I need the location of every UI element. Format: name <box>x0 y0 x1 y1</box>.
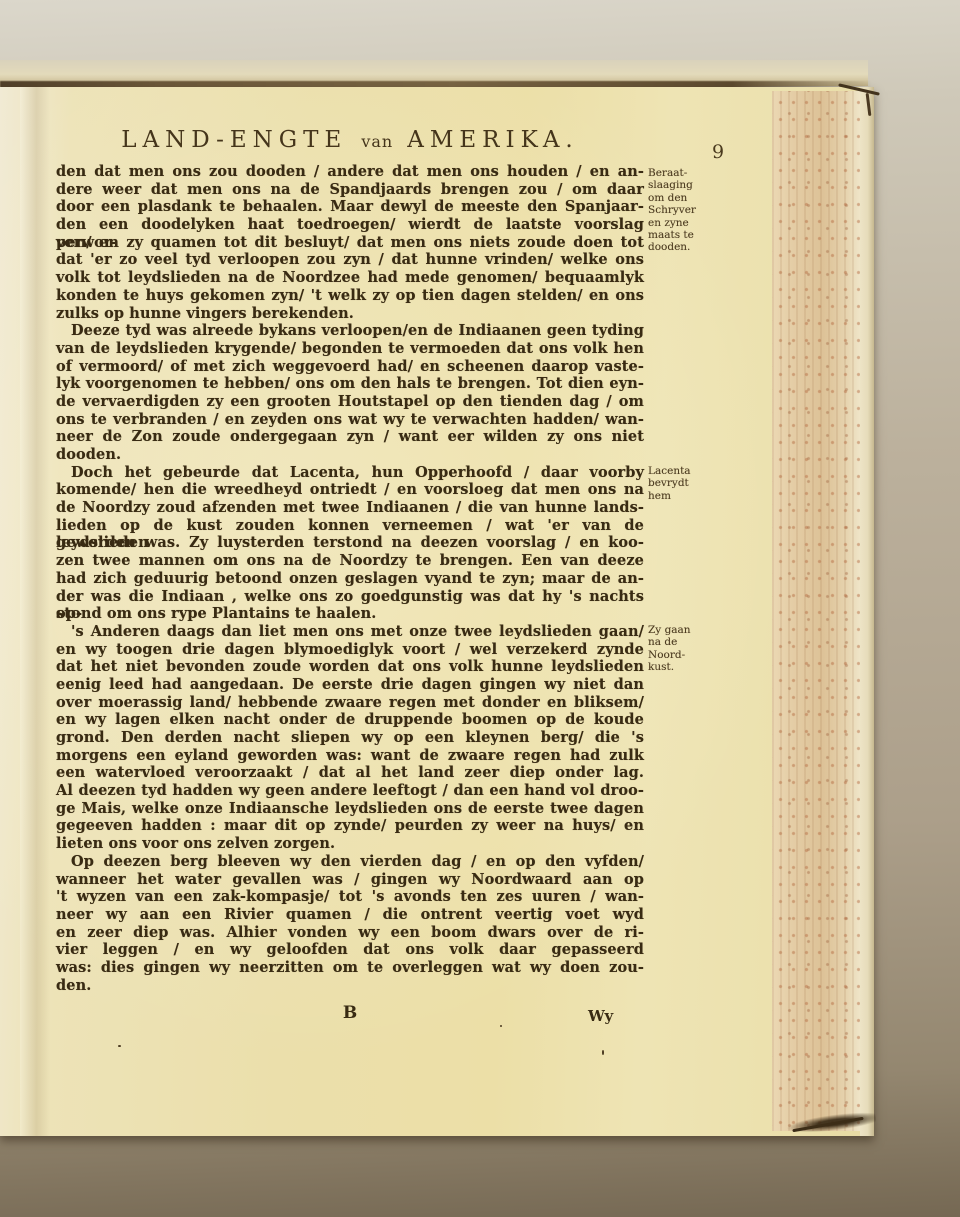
margin-note-line: en zyne <box>648 217 728 229</box>
text-line: Al deezen tyd hadden wy geen andere leef… <box>56 782 644 800</box>
margin-note-line: bevrydt <box>648 477 728 489</box>
text-line: een watervloed veroorzaakt / dat al het … <box>56 764 644 782</box>
text-line: den dat men ons zou dooden / andere dat … <box>56 163 644 181</box>
header-title-right: AMERIKA. <box>407 127 579 153</box>
margin-note-line: Schryver <box>648 204 728 216</box>
catchword: Wy <box>588 1007 613 1025</box>
text-line: was: dies gingen wy neerzitten om te ove… <box>56 959 644 977</box>
text-line: en wy lagen elken nacht onder de druppen… <box>56 711 644 729</box>
text-line: vier leggen / en wy geloofden dat ons vo… <box>56 941 644 959</box>
fore-edge-speckled-strip <box>772 91 860 1131</box>
text-line: grond. Den derden nacht sliepen wy op ee… <box>56 729 644 747</box>
margin-note-line: hem <box>648 490 728 502</box>
text-line: dat het niet bevonden zoude worden dat o… <box>56 658 644 676</box>
binding-gutter-shadow <box>20 87 50 1136</box>
text-line: of vermoord/ of met zich weggevoerd had/… <box>56 358 644 376</box>
text-line: Doch het gebeurde dat Lacenta, hun Opper… <box>56 464 644 482</box>
text-line: neer de Zon zoude ondergegaan zyn / want… <box>56 428 644 446</box>
text-line: dooden. <box>56 446 644 464</box>
text-line: gegeeven hadden : maar dit op zynde/ peu… <box>56 817 644 835</box>
margin-note: Beraat-slaagingom denSchryveren zynemaat… <box>648 167 728 254</box>
text-line: en wy toogen drie dagen blymoediglyk voo… <box>56 641 644 659</box>
text-line: eenig leed had aangedaan. De eerste drie… <box>56 676 644 694</box>
text-line: door een plasdank te behaalen. Maar dewy… <box>56 198 644 216</box>
text-line: komende/ hen die wreedheyd ontriedt / en… <box>56 481 644 499</box>
page-number: 9 <box>712 141 724 163</box>
text-line: dat 'er zo veel tyd verloopen zou zyn / … <box>56 251 644 269</box>
text-line: ge Mais, welke onze Indiaansche leydslie… <box>56 800 644 818</box>
margin-note-line: dooden. <box>648 241 728 253</box>
text-column: LAND-ENGTE van AMERIKA. den dat men ons … <box>56 87 644 1136</box>
margin-note-line: maats te <box>648 229 728 241</box>
margin-note-line: Noord- <box>648 649 728 661</box>
header-title-left: LAND-ENGTE <box>121 127 347 153</box>
margin-note-line: om den <box>648 192 728 204</box>
text-line: den. <box>56 977 644 995</box>
signature-mark: B <box>56 1003 644 1023</box>
text-line: konden te huys gekomen zyn/ 't welk zy o… <box>56 287 644 305</box>
text-line: dere weer dat men ons na de Spandjaards … <box>56 181 644 199</box>
margin-note-line: Beraat- <box>648 167 728 179</box>
text-line: Deeze tyd was alreede bykans verloopen/e… <box>56 322 644 340</box>
running-header: LAND-ENGTE van AMERIKA. <box>56 127 644 153</box>
text-line: neer wy aan een Rivier quamen / die ontr… <box>56 906 644 924</box>
text-line: morgens een eyland geworden was: want de… <box>56 747 644 765</box>
text-line: 's Anderen daags dan liet men ons met on… <box>56 623 644 641</box>
text-line: stond om ons rype Plantains te haalen. <box>56 605 644 623</box>
text-line: de Noordzy zoud afzenden met twee Indiaa… <box>56 499 644 517</box>
text-line: pen/ en zy quamen tot dit besluyt/ dat m… <box>56 234 644 252</box>
margin-note-line: Zy gaan <box>648 624 728 636</box>
text-line: zulks op hunne vingers berekenden. <box>56 305 644 323</box>
text-line: de vervaerdigden zy een grooten Houtstap… <box>56 393 644 411</box>
text-line: lieten ons voor ons zelven zorgen. <box>56 835 644 853</box>
book-page: 9 LAND-ENGTE van AMERIKA. den dat men on… <box>0 87 874 1136</box>
margin-note: Lacentabevrydthem <box>648 465 728 502</box>
text-line: wanneer het water gevallen was / gingen … <box>56 871 644 889</box>
text-line: Op deezen berg bleeven wy den vierden da… <box>56 853 644 871</box>
margin-note-line: na de <box>648 636 728 648</box>
text-line: der was die Indiaan , welke ons zo goedg… <box>56 588 644 606</box>
header-title-van: van <box>361 132 393 151</box>
text-line: had zich geduurig betoond onzen geslagen… <box>56 570 644 588</box>
margin-note-line: kust. <box>648 661 728 673</box>
text-line: lieden op de kust zouden konnen verneeme… <box>56 517 644 535</box>
margin-note: Zy gaanna deNoord-kust. <box>648 624 728 674</box>
text-line: den een doodelyken haat toedroegen/ wier… <box>56 216 644 234</box>
text-line: 't wyzen van een zak-kompasje/ tot 's av… <box>56 888 644 906</box>
body-text: den dat men ons zou dooden / andere dat … <box>56 163 644 994</box>
margin-note-line: slaaging <box>648 179 728 191</box>
text-line: over moerassig land/ hebbende zwaare reg… <box>56 694 644 712</box>
text-line: van de leydslieden krygende/ begonden te… <box>56 340 644 358</box>
page-right-edge <box>860 87 874 1136</box>
text-line: lyk voorgenomen te hebben/ ons om den ha… <box>56 375 644 393</box>
text-line: geworden was. Zy luysterden terstond na … <box>56 534 644 552</box>
text-line: en zeer diep was. Alhier vonden wy een b… <box>56 924 644 942</box>
text-line: zen twee mannen om ons na de Noordzy te … <box>56 552 644 570</box>
text-line: volk tot leydslieden na de Noordzee had … <box>56 269 644 287</box>
margin-note-line: Lacenta <box>648 465 728 477</box>
text-line: ons te verbranden / en zeyden ons wat wy… <box>56 411 644 429</box>
